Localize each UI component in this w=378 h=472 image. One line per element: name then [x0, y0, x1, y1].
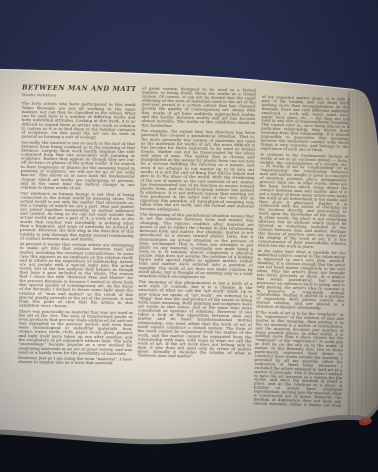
- paragraph: In contrast to the fundamental factors o…: [258, 152, 349, 250]
- text-column-3: of my repeated matter alone, it is only …: [253, 95, 350, 407]
- paragraph: There was practically no material that w…: [18, 309, 133, 356]
- paragraph: If the work of art is to be the "emphasi…: [253, 310, 344, 407]
- paragraph: The deepening of this paradoxical situat…: [139, 212, 254, 280]
- paragraph: Our existence as human beings is not tha…: [20, 191, 135, 242]
- paragraph: Secondly, the interest is not so much in…: [21, 140, 136, 191]
- paragraph: However, just as I am using the term "ma…: [18, 356, 132, 366]
- essay-author: Yusuke Nakahara: [22, 93, 136, 99]
- page-text-layer: BETWEEN MAN AND MATTER Yusuke Nakahara T…: [0, 0, 378, 472]
- text-column-2: of great variety, designed to be used in…: [136, 86, 256, 412]
- paragraph: At present it seems that certain artists…: [19, 242, 134, 309]
- paragraph: The forty artists who have participated …: [21, 101, 135, 139]
- paragraph: of great variety, designed to be used in…: [141, 86, 256, 129]
- paragraph: The meaning of this phenomenon is not a …: [137, 280, 252, 360]
- text-column-1: BETWEEN MAN AND MATTER Yusuke Nakahara T…: [17, 84, 136, 416]
- paragraph: of my repeated matter alone, it is only …: [260, 95, 350, 153]
- book-page-photo: BETWEEN MAN AND MATTER Yusuke Nakahara T…: [0, 0, 378, 472]
- paragraph: For example, the extent that this direct…: [140, 129, 255, 213]
- essay-title: BETWEEN MAN AND MATTER: [22, 84, 136, 92]
- paragraph: At the same time what is possible for th…: [256, 249, 346, 311]
